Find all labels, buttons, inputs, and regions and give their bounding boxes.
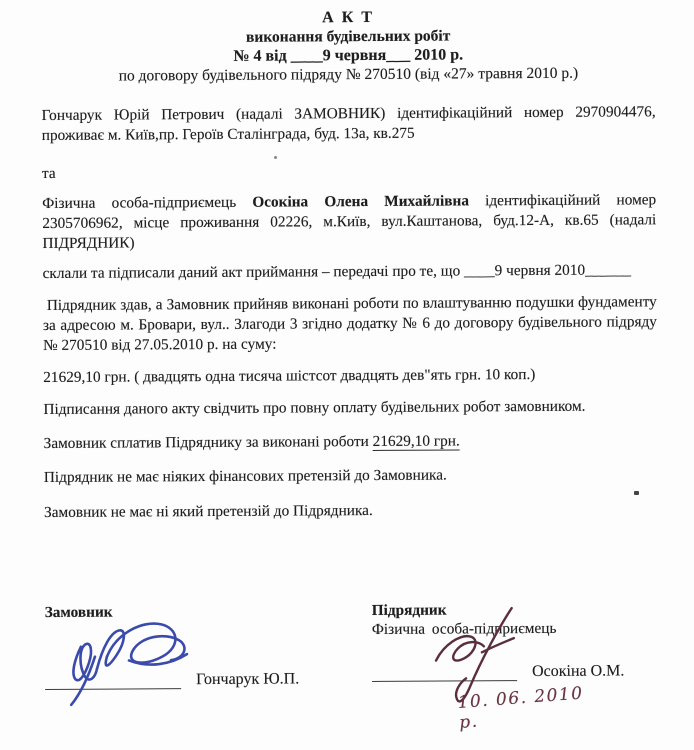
- contractor-paragraph: Фізична особа-підприємець Осокіна Олена …: [42, 190, 656, 254]
- paid-amount: 21629,10 грн.: [373, 432, 460, 451]
- customer-no-claims: Замовник не має ні який претензій до Під…: [44, 499, 658, 523]
- payment-confirmation: Підписання даного акту свідчить про повн…: [43, 396, 657, 420]
- contractor-signature-name: Осокіна О.М.: [532, 662, 624, 681]
- conjunction-text: та: [42, 160, 656, 184]
- contractor-name: Осокіна Олена Михайлівна: [252, 192, 469, 210]
- contractor-signature-block: Підрядник Фізична особа-підприємець Осок…: [372, 599, 660, 729]
- handwritten-date: 10. 06. 2010 р.: [457, 683, 590, 733]
- customer-signature-icon: [59, 616, 200, 709]
- customer-signature-block: Замовник Гончарук Ю.П.: [45, 601, 373, 731]
- signature-section: Замовник Гончарук Ю.П. Підрядник Фізична…: [45, 599, 660, 731]
- customer-signature-name: Гончарук Ю.П.: [196, 670, 299, 689]
- paid-prefix: Замовник сплатив Підряднику за виконані …: [44, 433, 373, 452]
- document-content: А К Т виконання будівельних робіт № 4 ві…: [41, 6, 659, 731]
- customer-paragraph: Гончарук Юрій Петрович (надалі ЗАМОВНИК)…: [42, 102, 656, 146]
- ink-speck: [274, 156, 277, 159]
- document-header: А К Т виконання будівельних робіт № 4 ві…: [41, 6, 655, 86]
- amount-in-words: 21629,10 грн. ( двадцять одна тисяча шіс…: [43, 364, 657, 388]
- contractor-no-claims: Підрядник не має ніяких фінансових прете…: [44, 464, 658, 488]
- contractor-prefix: Фізична особа-підприємець: [42, 194, 252, 212]
- scanned-act-document: А К Т виконання будівельних робіт № 4 ві…: [0, 0, 694, 750]
- act-statement: склали та підписали даний акт приймання …: [43, 260, 657, 284]
- works-paragraph: Підрядник здав, а Замовник прийняв викон…: [43, 292, 657, 356]
- payment-amount-line: Замовник сплатив Підряднику за виконані …: [44, 430, 658, 454]
- contract-reference: по договору будівельного підряду № 27051…: [41, 63, 655, 86]
- ink-speck: [634, 491, 639, 495]
